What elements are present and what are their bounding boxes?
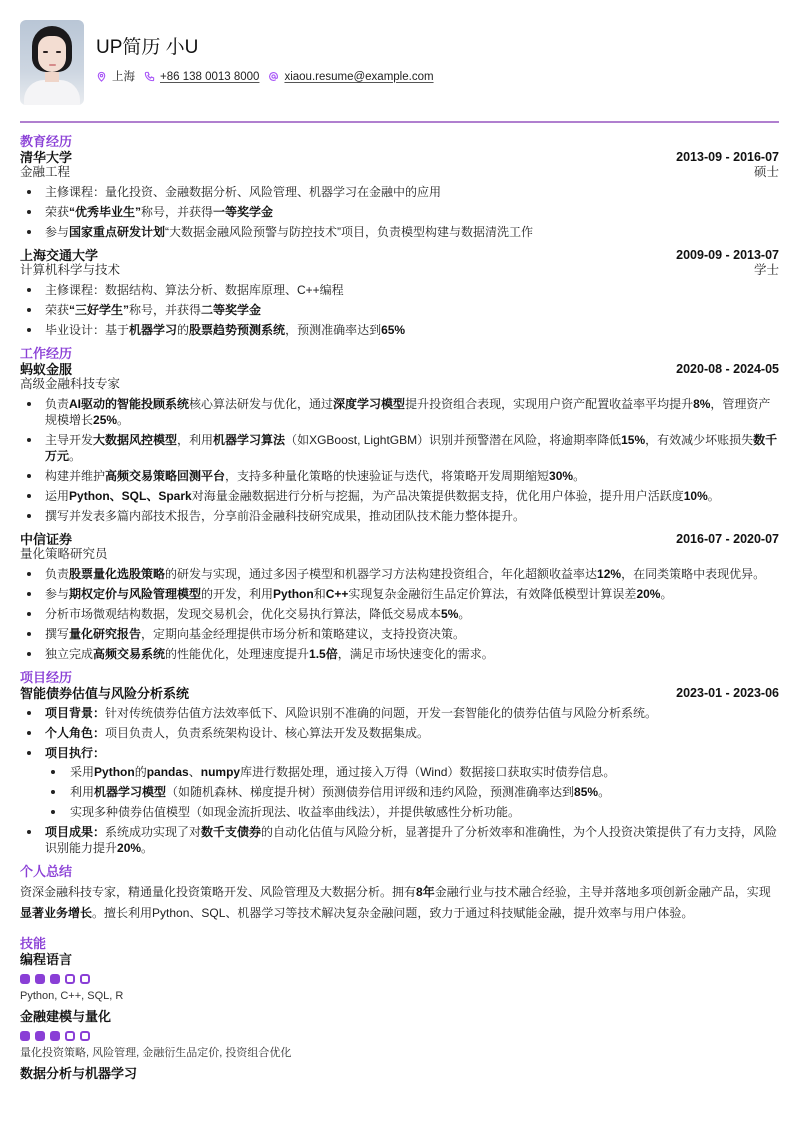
phone-icon xyxy=(144,71,155,82)
sub-bullet-item: 利用机器学习模型（如随机森林、梯度提升树）预测债券信用评级和违约风险，预测准确率… xyxy=(45,784,779,800)
bullet-list: 负责AI驱动的智能投顾系统核心算法研发与优化，通过深度学习模型提升投资组合表现，… xyxy=(20,396,779,524)
date-range: 2023-01 - 2023-06 xyxy=(676,686,779,701)
bullet-item: 主修课程：量化投资、金融数据分析、风险管理、机器学习在金融中的应用 xyxy=(20,184,779,200)
avatar xyxy=(20,20,84,105)
entry-header: 清华大学2013-09 - 2016-07 xyxy=(20,150,779,165)
resume-page: UP简历 小U 上海 +86 138 0013 8000 xiaou.resum… xyxy=(20,20,779,1082)
skill-name: 编程语言 xyxy=(20,952,779,968)
project-name: 智能债券估值与风险分析系统 xyxy=(20,686,189,701)
date-range: 2009-09 - 2013-07 xyxy=(676,248,779,263)
company-name: 中信证券 xyxy=(20,532,72,547)
bullet-item: 项目执行：采用Python的pandas、numpy库进行数据处理，通过接入万得… xyxy=(20,745,779,820)
school-name: 上海交通大学 xyxy=(20,248,98,263)
bullet-item: 参与国家重点研发计划“大数据金融风险预警与防控技术”项目，负责模型构建与数据清洗… xyxy=(20,224,779,240)
skill-name: 数据分析与机器学习 xyxy=(20,1066,779,1082)
candidate-name: UP简历 小U xyxy=(96,36,443,60)
bullet-item: 荣获“三好学生”称号，并获得二等奖学金 xyxy=(20,302,779,318)
degree: 学士 xyxy=(754,263,779,278)
skill-entry: 数据分析与机器学习 xyxy=(20,1066,779,1082)
bullet-item: 个人角色：项目负责人，负责系统架构设计、核心算法开发及数据集成。 xyxy=(20,725,779,741)
bullet-item: 负责股票量化选股策略的研发与实现，通过多因子模型和机器学习方法构建投资组合，年化… xyxy=(20,566,779,582)
summary-text: 资深金融科技专家，精通量化投资策略开发、风险管理及大数据分析。拥有8年金融行业与… xyxy=(20,882,779,924)
date-range: 2016-07 - 2020-07 xyxy=(676,532,779,547)
bullet-item: 撰写并发表多篇内部技术报告，分享前沿金融科技研究成果，推动团队技术能力整体提升。 xyxy=(20,508,779,524)
entry-header: 智能债券估值与风险分析系统2023-01 - 2023-06 xyxy=(20,686,779,701)
filled-dot-icon xyxy=(35,1031,45,1041)
entry-subline: 金融工程硕士 xyxy=(20,165,779,180)
skill-name: 金融建模与量化 xyxy=(20,1009,779,1025)
empty-dot-icon xyxy=(65,1031,75,1041)
sub-bullet-item: 实现多种债券估值模型（如现金流折现法、收益率曲线法），并提供敏感性分析功能。 xyxy=(45,804,779,820)
location-text: 上海 xyxy=(112,69,135,86)
school-name: 清华大学 xyxy=(20,150,72,165)
bullet-item: 项目成果：系统成功实现了对数千支债券的自动化估值与风险分析，显著提升了分析效率和… xyxy=(20,824,779,856)
work-section: 工作经历 蚂蚁金服2020-08 - 2024-05高级金融科技专家负责AI驱动… xyxy=(20,346,779,662)
skill-level-rating xyxy=(20,1031,779,1041)
bullet-item: 参与期权定价与风险管理模型的开发，利用Python和C++实现复杂金融衍生品定价… xyxy=(20,586,779,602)
skill-level-rating xyxy=(20,974,779,984)
date-range: 2013-09 - 2016-07 xyxy=(676,150,779,165)
bullet-list: 主修课程：量化投资、金融数据分析、风险管理、机器学习在金融中的应用荣获“优秀毕业… xyxy=(20,184,779,240)
skill-keywords: Python, C++, SQL, R xyxy=(20,989,779,1003)
entry-subline: 高级金融科技专家 xyxy=(20,377,779,392)
bullet-item: 主导开发大数据风控模型，利用机器学习算法（如XGBoost, LightGBM）… xyxy=(20,432,779,464)
empty-dot-icon xyxy=(80,974,90,984)
bullet-list: 主修课程：数据结构、算法分析、数据库原理、C++编程荣获“三好学生”称号，并获得… xyxy=(20,282,779,338)
bullet-item: 项目背景：针对传统债券估值方法效率低下、风险识别不准确的问题，开发一套智能化的债… xyxy=(20,705,779,721)
entry-subline: 计算机科学与技术学士 xyxy=(20,263,779,278)
skill-keywords: 量化投资策略, 风险管理, 金融衍生品定价, 投资组合优化 xyxy=(20,1046,779,1060)
bullet-item: 负责AI驱动的智能投顾系统核心算法研发与优化，通过深度学习模型提升投资组合表现，… xyxy=(20,396,779,428)
section-title-work: 工作经历 xyxy=(20,346,779,362)
education-entry: 清华大学2013-09 - 2016-07金融工程硕士主修课程：量化投资、金融数… xyxy=(20,150,779,240)
filled-dot-icon xyxy=(50,974,60,984)
empty-dot-icon xyxy=(65,974,75,984)
projects-section: 项目经历 智能债券估值与风险分析系统2023-01 - 2023-06项目背景：… xyxy=(20,670,779,856)
entry-subline: 量化策略研究员 xyxy=(20,547,779,562)
job-role: 高级金融科技专家 xyxy=(20,377,120,392)
summary-section: 个人总结 资深金融科技专家，精通量化投资策略开发、风险管理及大数据分析。拥有8年… xyxy=(20,864,779,924)
entry-header: 蚂蚁金服2020-08 - 2024-05 xyxy=(20,362,779,377)
bullet-item: 主修课程：数据结构、算法分析、数据库原理、C++编程 xyxy=(20,282,779,298)
bullet-item: 荣获“优秀毕业生”称号，并获得一等奖学金 xyxy=(20,204,779,220)
bullet-item: 运用Python、SQL、Spark对海量金融数据进行分析与挖掘，为产品决策提供… xyxy=(20,488,779,504)
filled-dot-icon xyxy=(20,1031,30,1041)
filled-dot-icon xyxy=(35,974,45,984)
work-entry: 蚂蚁金服2020-08 - 2024-05高级金融科技专家负责AI驱动的智能投顾… xyxy=(20,362,779,524)
bullet-item: 撰写量化研究报告，定期向基金经理提供市场分析和策略建议，支持投资决策。 xyxy=(20,626,779,642)
bullet-item: 毕业设计：基于机器学习的股票趋势预测系统，预测准确率达到65% xyxy=(20,322,779,338)
bullet-item: 分析市场微观结构数据，发现交易机会，优化交易执行算法，降低交易成本5%。 xyxy=(20,606,779,622)
contact-phone[interactable]: +86 138 0013 8000 xyxy=(144,69,259,86)
section-title-education: 教育经历 xyxy=(20,134,779,150)
major: 金融工程 xyxy=(20,165,70,180)
entry-header: 上海交通大学2009-09 - 2013-07 xyxy=(20,248,779,263)
company-name: 蚂蚁金服 xyxy=(20,362,72,377)
education-entry: 上海交通大学2009-09 - 2013-07计算机科学与技术学士主修课程：数据… xyxy=(20,248,779,338)
job-role: 量化策略研究员 xyxy=(20,547,108,562)
email-link[interactable]: xiaou.resume@example.com xyxy=(284,69,433,86)
header-divider xyxy=(20,121,779,123)
section-title-summary: 个人总结 xyxy=(20,864,779,880)
contact-location: 上海 xyxy=(96,69,135,86)
empty-dot-icon xyxy=(80,1031,90,1041)
contact-email[interactable]: xiaou.resume@example.com xyxy=(268,69,433,86)
phone-link[interactable]: +86 138 0013 8000 xyxy=(160,69,259,86)
date-range: 2020-08 - 2024-05 xyxy=(676,362,779,377)
skills-section: 技能 编程语言Python, C++, SQL, R金融建模与量化量化投资策略,… xyxy=(20,936,779,1082)
skill-entry: 金融建模与量化量化投资策略, 风险管理, 金融衍生品定价, 投资组合优化 xyxy=(20,1009,779,1060)
contact-row: 上海 +86 138 0013 8000 xiaou.resume@exampl… xyxy=(96,69,443,86)
resume-header: UP简历 小U 上海 +86 138 0013 8000 xiaou.resum… xyxy=(20,20,779,105)
degree: 硕士 xyxy=(754,165,779,180)
sub-bullet-item: 采用Python的pandas、numpy库进行数据处理，通过接入万得（Wind… xyxy=(45,764,779,780)
bullet-item: 构建并维护高频交易策略回测平台，支持多种量化策略的快速验证与迭代，将策略开发周期… xyxy=(20,468,779,484)
filled-dot-icon xyxy=(20,974,30,984)
skill-entry: 编程语言Python, C++, SQL, R xyxy=(20,952,779,1003)
at-email-icon xyxy=(268,71,279,82)
bullet-item: 独立完成高频交易系统的性能优化，处理速度提升1.5倍，满足市场快速变化的需求。 xyxy=(20,646,779,662)
filled-dot-icon xyxy=(50,1031,60,1041)
section-title-skills: 技能 xyxy=(20,936,779,952)
bullet-list: 负责股票量化选股策略的研发与实现，通过多因子模型和机器学习方法构建投资组合，年化… xyxy=(20,566,779,662)
education-section: 教育经历 清华大学2013-09 - 2016-07金融工程硕士主修课程：量化投… xyxy=(20,134,779,338)
location-pin-icon xyxy=(96,71,107,82)
work-entry: 中信证券2016-07 - 2020-07量化策略研究员负责股票量化选股策略的研… xyxy=(20,532,779,662)
bullet-list: 采用Python的pandas、numpy库进行数据处理，通过接入万得（Wind… xyxy=(45,764,779,820)
bullet-list: 项目背景：针对传统债券估值方法效率低下、风险识别不准确的问题，开发一套智能化的债… xyxy=(20,705,779,856)
project-entry: 智能债券估值与风险分析系统2023-01 - 2023-06项目背景：针对传统债… xyxy=(20,686,779,856)
major: 计算机科学与技术 xyxy=(20,263,120,278)
entry-header: 中信证券2016-07 - 2020-07 xyxy=(20,532,779,547)
section-title-projects: 项目经历 xyxy=(20,670,779,686)
